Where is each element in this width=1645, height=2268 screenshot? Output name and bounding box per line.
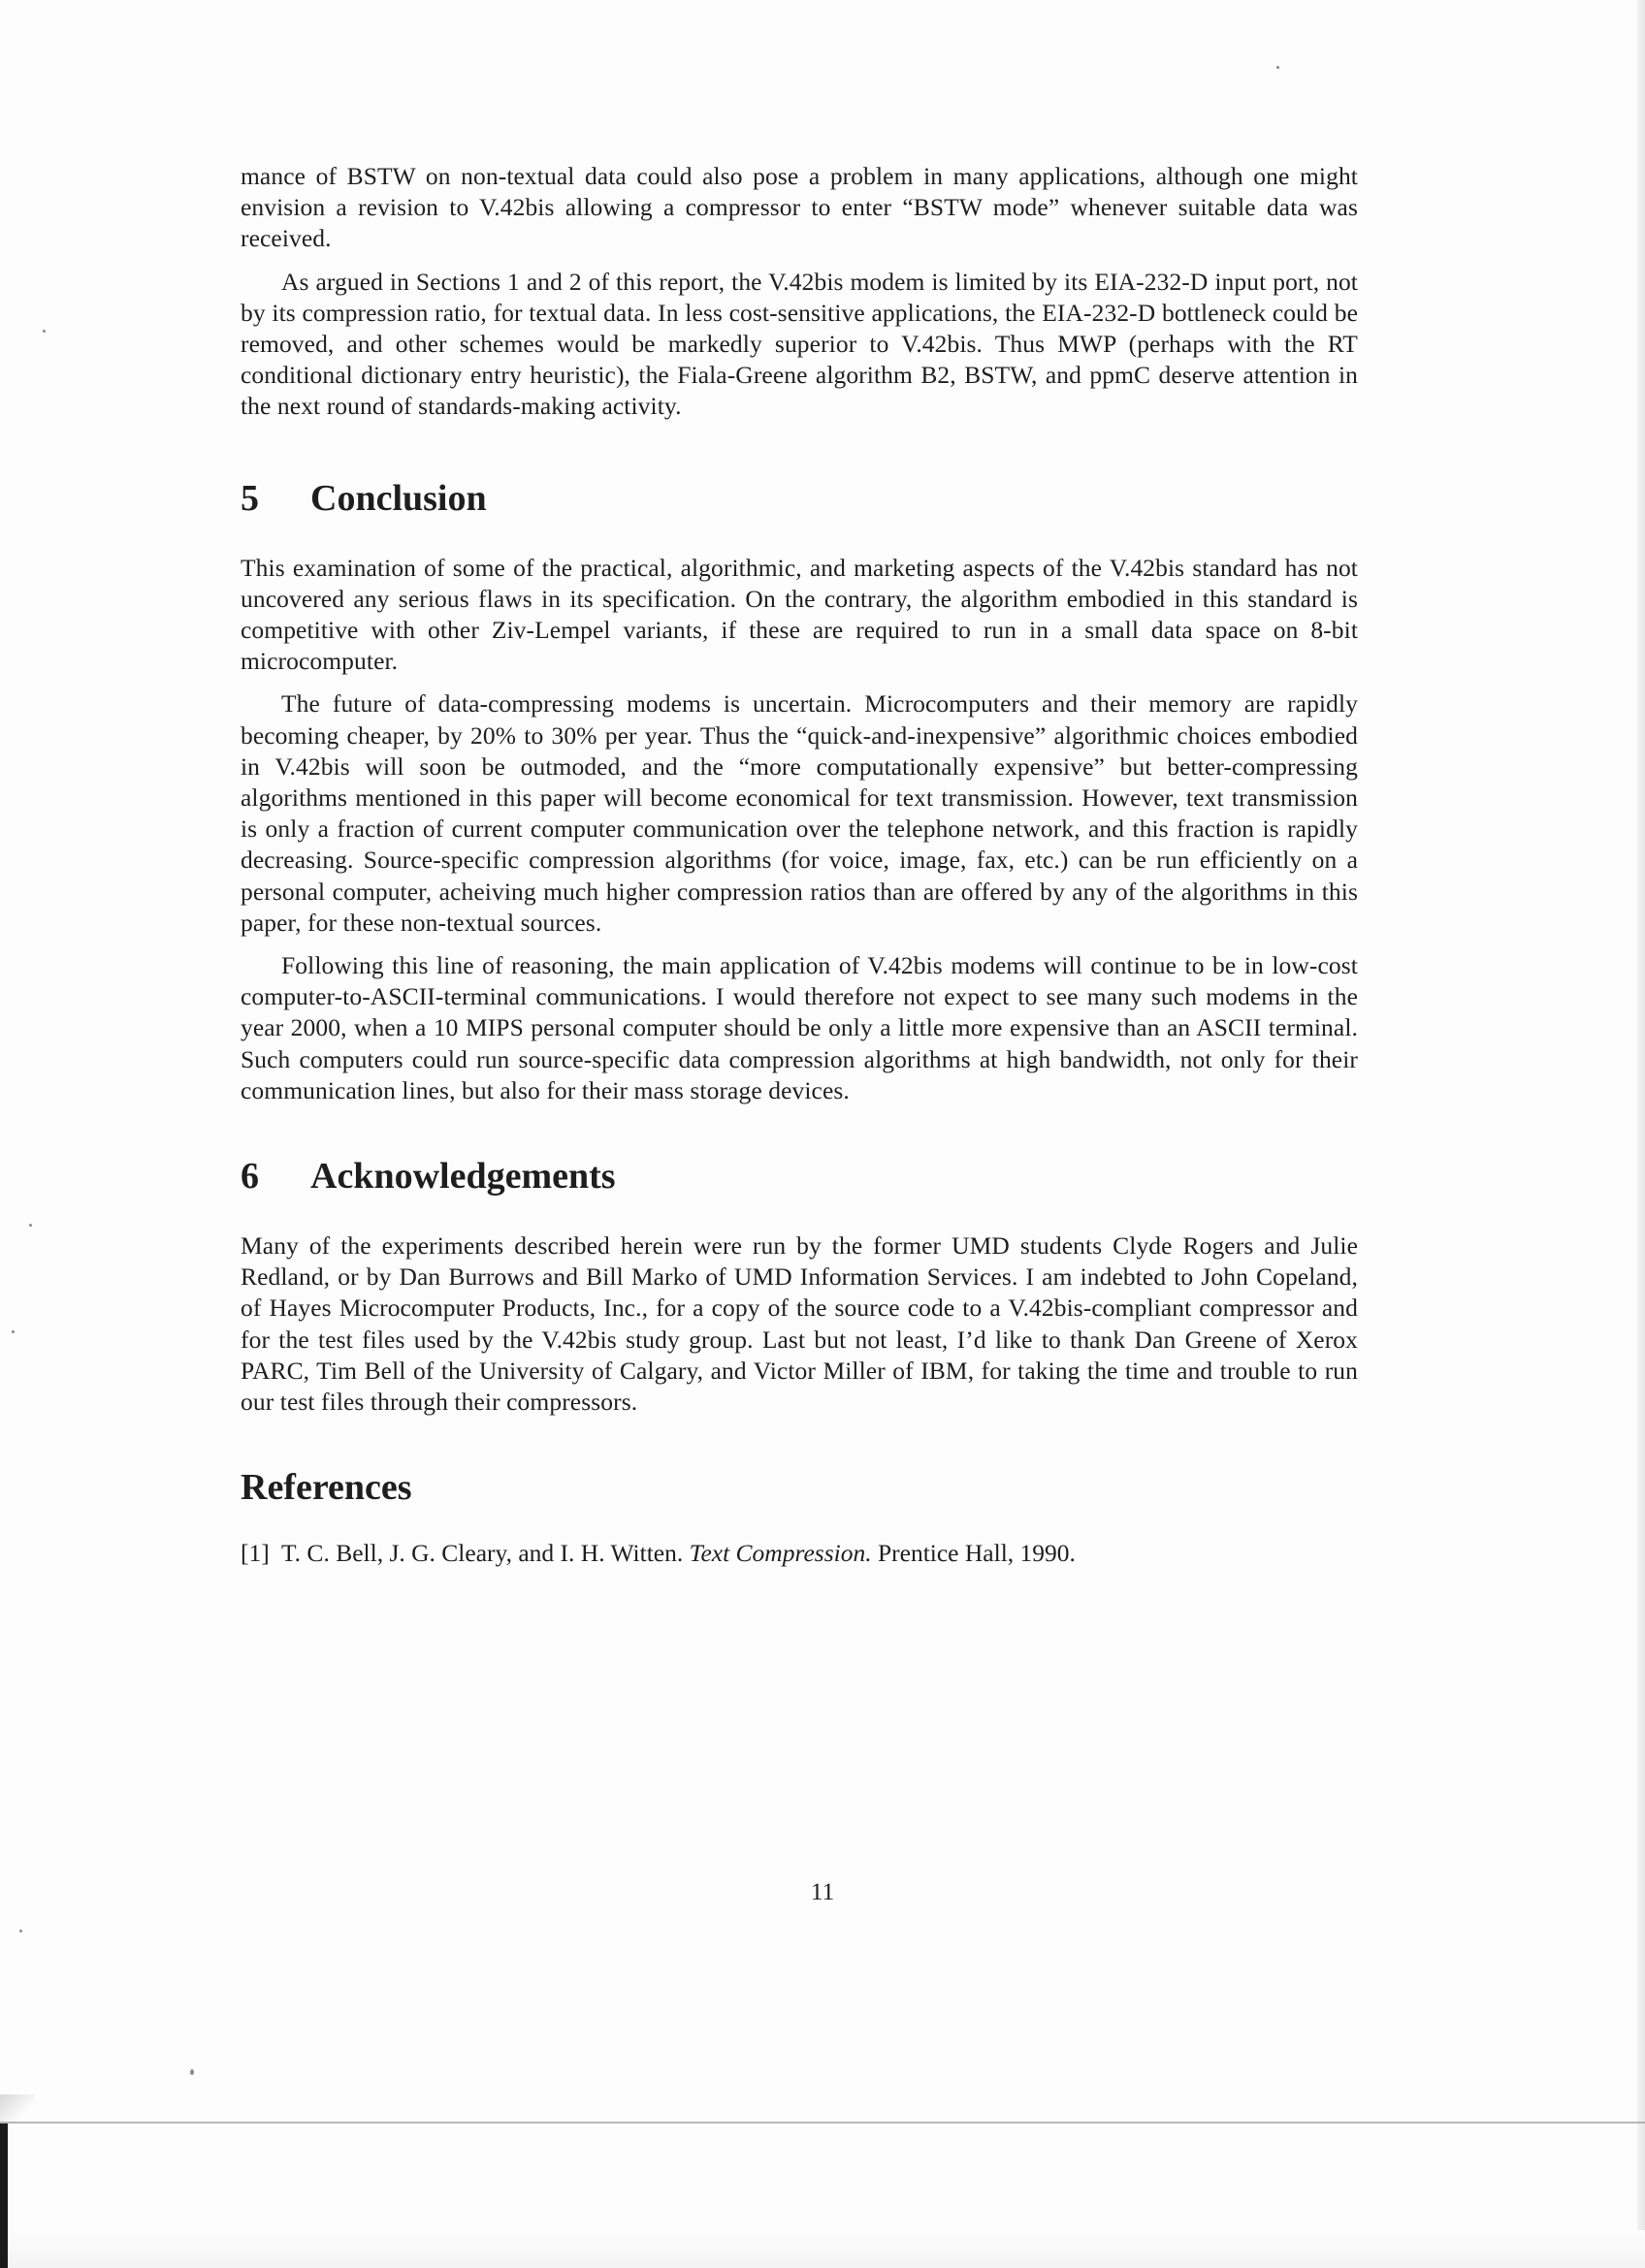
scan-corner-shadow bbox=[0, 2094, 35, 2124]
paragraph-conclusion-3: Following this line of reasoning, the ma… bbox=[241, 950, 1358, 1106]
document-body: mance of BSTW on non-textual data could … bbox=[241, 161, 1358, 1569]
paragraph-intro-1: mance of BSTW on non-textual data could … bbox=[241, 161, 1358, 255]
scan-speck bbox=[190, 2069, 194, 2075]
reference-item: [1] T. C. Bell, J. G. Cleary, and I. H. … bbox=[241, 1538, 1358, 1569]
paragraph-conclusion-2: The future of data-compressing modems is… bbox=[241, 688, 1358, 939]
scan-speck bbox=[29, 1224, 32, 1227]
scan-speck bbox=[19, 1930, 22, 1933]
reference-text: T. C. Bell, J. G. Cleary, and I. H. Witt… bbox=[281, 1538, 1076, 1569]
scan-bottom-shadow bbox=[8, 2230, 1645, 2268]
section-title: Conclusion bbox=[310, 477, 487, 520]
section-number: 5 bbox=[241, 477, 310, 520]
page-number: 11 bbox=[0, 1877, 1645, 1906]
references-heading: References bbox=[241, 1466, 1358, 1509]
scan-edge-line bbox=[0, 2122, 1645, 2124]
section-references: References [1] T. C. Bell, J. G. Cleary,… bbox=[241, 1466, 1358, 1569]
paragraph-conclusion-1: This examination of some of the practica… bbox=[241, 553, 1358, 678]
scan-speck bbox=[12, 1330, 15, 1333]
section-heading-acknowledgements: 6 Acknowledgements bbox=[241, 1155, 1358, 1198]
section-heading-conclusion: 5 Conclusion bbox=[241, 477, 1358, 520]
section-number: 6 bbox=[241, 1155, 310, 1198]
reference-title: Text Compression. bbox=[690, 1539, 872, 1567]
scan-dark-strip bbox=[0, 2124, 8, 2268]
section-title: Acknowledgements bbox=[310, 1155, 616, 1198]
scan-speck bbox=[1276, 66, 1279, 69]
reference-label: [1] bbox=[241, 1538, 281, 1569]
reference-authors: T. C. Bell, J. G. Cleary, and I. H. Witt… bbox=[281, 1539, 683, 1567]
paragraph-intro-2: As argued in Sections 1 and 2 of this re… bbox=[241, 267, 1358, 423]
reference-publisher: Prentice Hall, 1990. bbox=[878, 1539, 1076, 1567]
scan-speck bbox=[43, 330, 46, 333]
scan-page-edge bbox=[1637, 0, 1645, 2268]
section-acknowledgements: 6 Acknowledgements Many of the experimen… bbox=[241, 1155, 1358, 1418]
paragraph-acknowledgements-1: Many of the experiments described herein… bbox=[241, 1230, 1358, 1418]
section-conclusion: 5 Conclusion This examination of some of… bbox=[241, 477, 1358, 1106]
